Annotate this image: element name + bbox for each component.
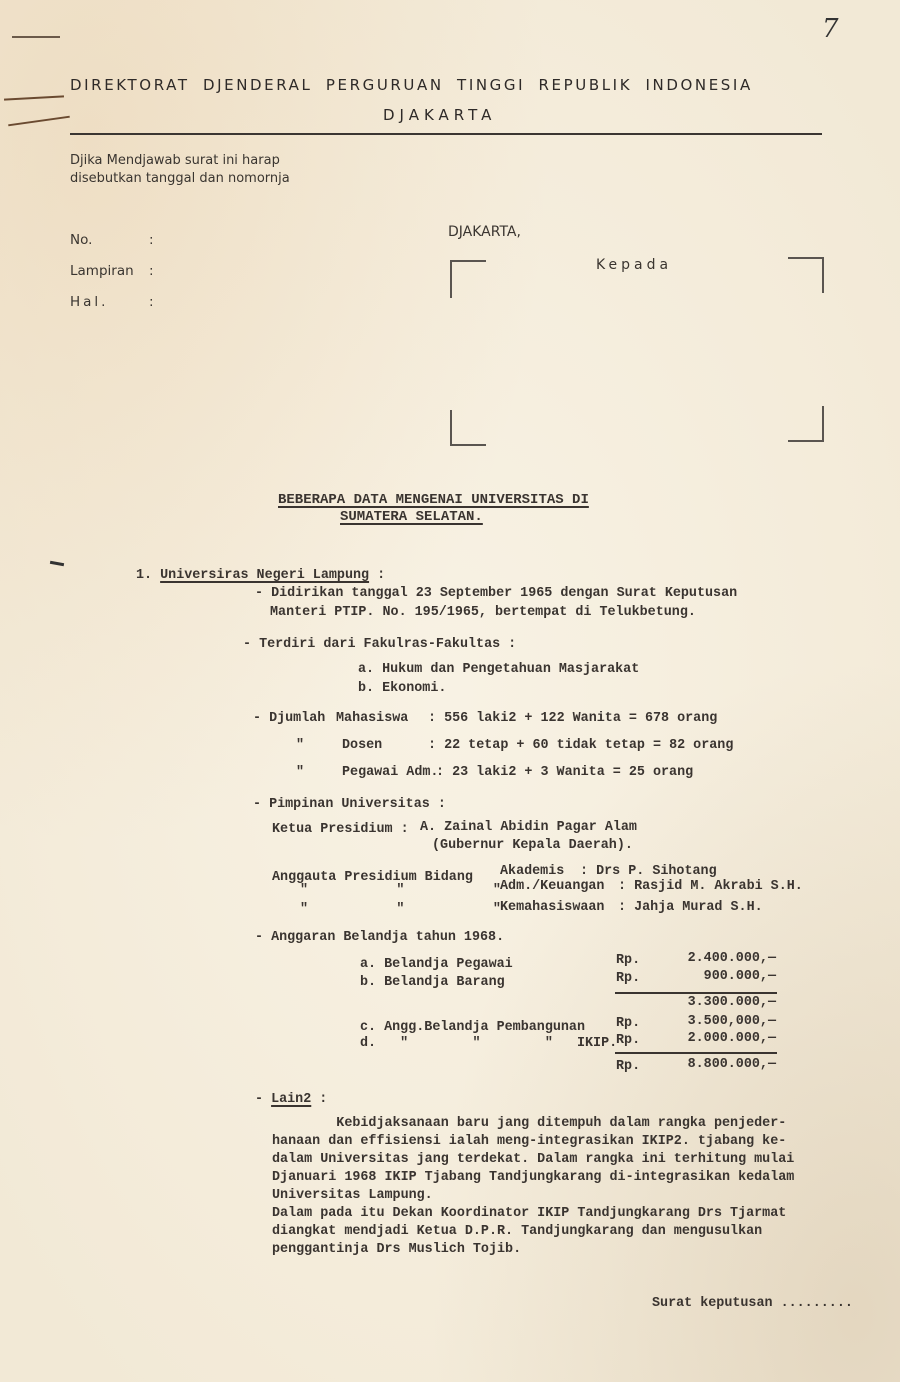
count-value-students: : 556 laki2 + 122 Wanita = 678 orang (428, 711, 717, 726)
section-title-colon: : (369, 568, 385, 583)
chair-note: (Gubernur Kepala Daerah). (432, 838, 633, 853)
budget-subtotal: 3.300.000,— (654, 995, 776, 1010)
continuation-catchword: Surat keputusan ......... (652, 1296, 853, 1311)
reply-note: Djika Mendjawab surat ini harap disebutk… (70, 152, 290, 188)
other-paragraph-line: hanaan dan effisiensi ialah meng-integra… (272, 1134, 786, 1149)
address-bracket-top-left (450, 260, 486, 298)
section-title: Universiras Negeri Lampung (160, 568, 369, 583)
other-paragraph-line: diangkat mendjadi Ketua D.P.R. Tandjungk… (272, 1224, 762, 1239)
budget-item-currency: Rp. (616, 1016, 640, 1031)
letterhead-organization: DIREKTORAT DJENDERAL PERGURUAN TINGGI RE… (70, 76, 753, 94)
other-paragraph-line: Dalam pada itu Dekan Koordinator IKIP Ta… (272, 1206, 786, 1221)
count-prefix: - Djumlah (253, 711, 325, 726)
meta-label-number: No. (70, 232, 92, 248)
budget-total: 8.800.000,— (654, 1057, 776, 1072)
meta-colon: : (149, 294, 154, 310)
count-ditto: " (296, 738, 304, 753)
budget-item-currency: Rp. (616, 953, 640, 968)
meta-label-subject: Hal. (70, 294, 108, 310)
budget-heading: - Anggaran Belandja tahun 1968. (255, 930, 504, 945)
budget-item-amount: 900.000,— (654, 969, 776, 984)
leadership-heading: - Pimpinan Universitas : (253, 797, 446, 812)
member-field: Kemahasiswaan (500, 900, 604, 915)
budget-item-currency: Rp. (616, 1033, 640, 1048)
member-ditto: " " " (300, 902, 501, 917)
faculty-item: a. Hukum dan Pengetahuan Masjarakat (358, 662, 639, 677)
budget-item-amount: 2.000.000,— (654, 1031, 776, 1046)
member-name: : Rasjid M. Akrabi S.H. (618, 879, 803, 894)
member-name: : Drs P. Sihotang (580, 864, 717, 879)
budget-item-label: c. Angg.Belandja Pembangunan (360, 1020, 585, 1035)
count-value-staff: : 23 laki2 + 3 Wanita = 25 orang (436, 765, 693, 780)
founded-line1: - Didirikan tanggal 23 September 1965 de… (255, 586, 737, 601)
address-bracket-bottom-right (788, 406, 824, 442)
other-heading-title: Lain2 (271, 1092, 311, 1107)
count-ditto: " (296, 765, 304, 780)
budget-item-label: a. Belandja Pegawai (360, 957, 513, 972)
total-rule (615, 1052, 777, 1054)
member-field: Akademis (500, 864, 564, 879)
address-bracket-top-right (788, 257, 824, 293)
document-title-line1: BEBERAPA DATA MENGENAI UNIVERSITAS DI (278, 492, 589, 508)
count-value-lecturers: : 22 tetap + 60 tidak tetap = 82 orang (428, 738, 733, 753)
budget-item-currency: Rp. (616, 971, 640, 986)
other-paragraph-line: Universitas Lampung. (272, 1188, 433, 1203)
meta-colon: : (149, 263, 154, 279)
letterhead-rule (70, 133, 822, 135)
budget-item-amount: 2.400.000,— (654, 951, 776, 966)
count-label-students: Mahasiswa (336, 711, 408, 726)
count-label-staff: Pegawai Adm. (342, 765, 438, 780)
other-paragraph-line: penggantinja Drs Muslich Tojib. (272, 1242, 521, 1257)
founded-line2: Manteri PTIP. No. 195/1965, bertempat di… (270, 605, 696, 620)
page-number: 7 (822, 14, 839, 44)
budget-item-label: d. " " " IKIP. (360, 1036, 617, 1051)
chair-label: Ketua Presidium : (272, 822, 409, 837)
meta-label-attachment: Lampiran (70, 263, 134, 279)
budget-item-label: b. Belandja Barang (360, 975, 505, 990)
other-heading: - Lain2 : (255, 1092, 327, 1107)
section-heading: 1. Universiras Negeri Lampung : (136, 568, 385, 583)
other-paragraph-line: dalam Universitas jang terdekat. Dalam r… (272, 1152, 794, 1167)
rust-stain (4, 95, 64, 100)
reply-note-line: disebutkan tanggal dan nomornja (70, 170, 290, 188)
other-heading-colon: : (311, 1092, 327, 1107)
reply-note-line: Djika Mendjawab surat ini harap (70, 152, 290, 170)
punch-mark (12, 36, 60, 38)
address-bracket-bottom-left (450, 410, 486, 446)
member-field: Adm./Keuangan (500, 879, 604, 894)
other-paragraph-line: Kebidjaksanaan baru jang ditempuh dalam … (272, 1116, 786, 1131)
faculties-heading: - Terdiri dari Fakulras-Fakultas : (243, 637, 516, 652)
ink-mark (50, 561, 64, 566)
other-heading-dash: - (255, 1092, 271, 1107)
budget-item-amount: 3.500,000,— (654, 1014, 776, 1029)
meta-colon: : (149, 232, 154, 248)
document-title-line2: SUMATERA SELATAN. (340, 509, 483, 525)
rust-stain (8, 116, 70, 127)
count-label-lecturers: Dosen (342, 738, 382, 753)
member-name: : Jahja Murad S.H. (618, 900, 763, 915)
faculty-item: b. Ekonomi. (358, 681, 446, 696)
place-date: DJAKARTA, (448, 224, 521, 240)
subtotal-rule (615, 992, 777, 994)
chair-name: A. Zainal Abidin Pagar Alam (420, 820, 637, 835)
section-number: 1. (136, 568, 152, 583)
member-ditto: " " " (300, 883, 501, 898)
letterhead-city: DJAKARTA (383, 106, 496, 124)
other-paragraph-line: Djanuari 1968 IKIP Tjabang Tandjungkaran… (272, 1170, 794, 1185)
recipient-label: Kepada (596, 257, 672, 273)
budget-total-currency: Rp. (616, 1059, 640, 1074)
